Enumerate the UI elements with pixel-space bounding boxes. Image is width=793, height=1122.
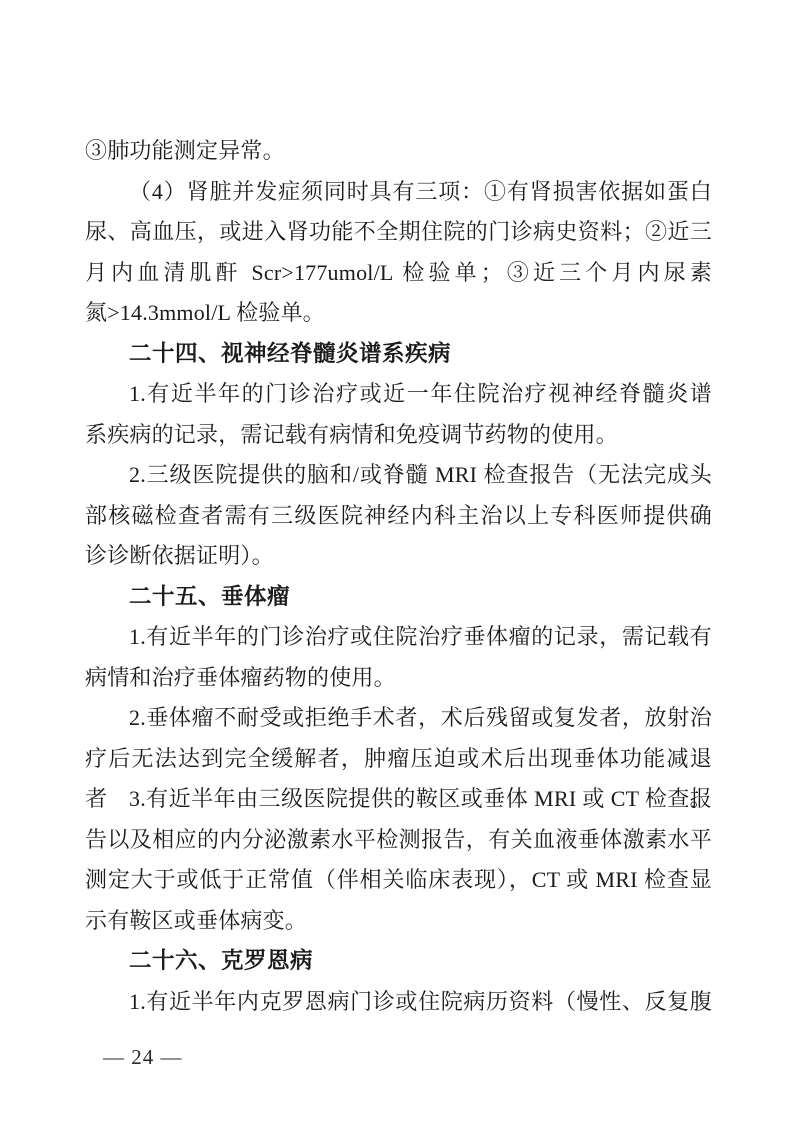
document-body: ③肺功能测定异常。 （4）肾脏并发症须同时具有三项：①有肾损害依据如蛋白 尿、高… [85,131,712,1022]
section-heading-24: 二十四、视神经脊髓炎谱系疾病 [85,334,712,375]
body-line: 疗后无法达到完全缓解者，肿瘤压迫或术后出现垂体功能减退者。 [85,739,712,780]
body-line: 月内血清肌酐 Scr>177umol/L 检验单；③近三个月内尿素 [85,253,712,294]
body-line: 尿、高血压，或进入肾功能不全期住院的门诊病史资料；②近三 [85,212,712,253]
body-line: 3.有近半年由三级医院提供的鞍区或垂体 MRI 或 CT 检查报 [85,779,712,820]
body-line: ③肺功能测定异常。 [85,131,712,172]
section-heading-25: 二十五、垂体瘤 [85,577,712,618]
body-line: 病情和治疗垂体瘤药物的使用。 [85,658,712,699]
body-line: 1.有近半年的门诊治疗或近一年住院治疗视神经脊髓炎谱 [85,374,712,415]
body-line: 2.垂体瘤不耐受或拒绝手术者，术后残留或复发者，放射治 [85,698,712,739]
body-line: 示有鞍区或垂体病变。 [85,901,712,942]
body-line: 氮>14.3mmol/L 检验单。 [85,293,712,334]
body-line: 2.三级医院提供的脑和/或脊髓 MRI 检查报告（无法完成头 [85,455,712,496]
body-line: 诊诊断依据证明）。 [85,536,712,577]
section-heading-26: 二十六、克罗恩病 [85,941,712,982]
body-line: 部核磁检查者需有三级医院神经内科主治以上专科医师提供确 [85,496,712,537]
body-line: 系疾病的记录，需记载有病情和免疫调节药物的使用。 [85,415,712,456]
body-line: 1.有近半年的门诊治疗或住院治疗垂体瘤的记录，需记载有 [85,617,712,658]
body-line: 告以及相应的内分泌激素水平检测报告，有关血液垂体激素水平 [85,820,712,861]
document-page: ③肺功能测定异常。 （4）肾脏并发症须同时具有三项：①有肾损害依据如蛋白 尿、高… [0,0,793,1122]
page-number: — 24 — [103,1043,183,1071]
body-line: 测定大于或低于正常值（伴相关临床表现），CT 或 MRI 检查显 [85,860,712,901]
body-line: （4）肾脏并发症须同时具有三项：①有肾损害依据如蛋白 [85,172,712,213]
body-line: 1.有近半年内克罗恩病门诊或住院病历资料（慢性、反复腹 [85,982,712,1023]
